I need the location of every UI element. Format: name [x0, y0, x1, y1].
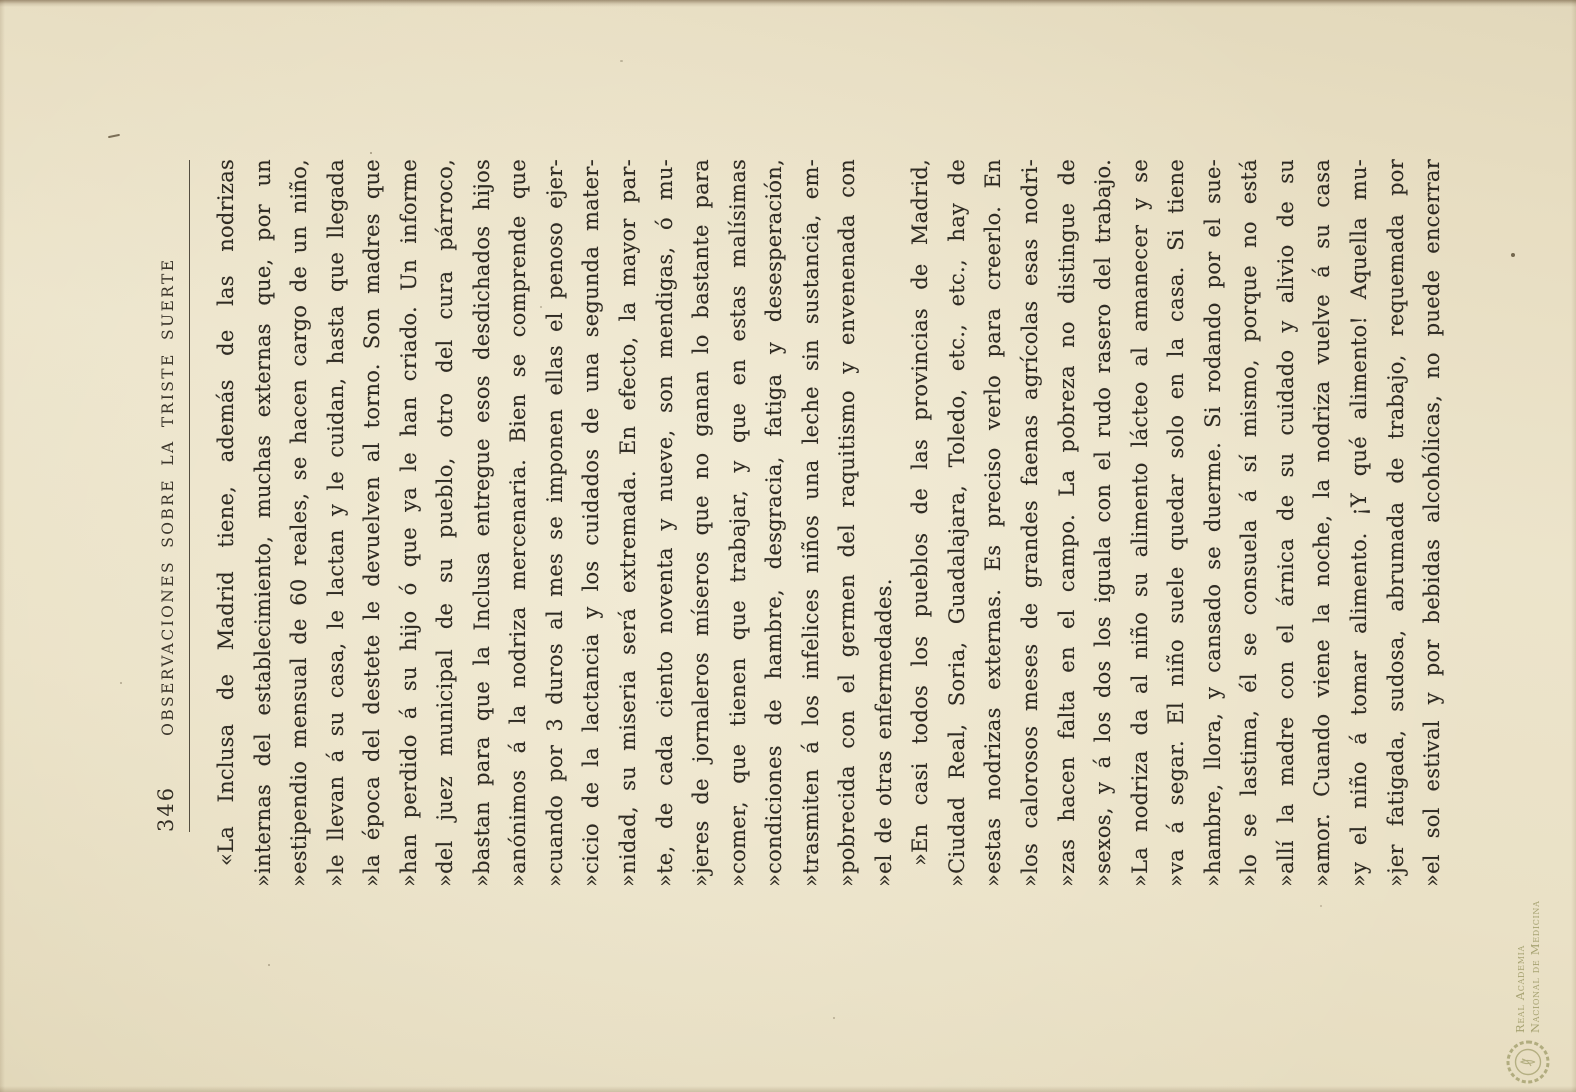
watermark-text: Real Academia Nacional de Medicina: [1513, 900, 1543, 1033]
watermark-line1: Real Academia: [1513, 945, 1527, 1033]
paper-speck: [370, 152, 372, 154]
text-line: »han perdido á su hijo ó que ya le han c…: [391, 159, 428, 887]
text-line: »nidad, su miseria será extremada. En ef…: [610, 159, 647, 887]
scanned-book-page: 346 OBSERVACIONES SOBRE LA TRISTE SUERTE…: [0, 0, 1576, 1092]
text-line: »sexos, y á los dos los iguala con el ru…: [1085, 159, 1122, 887]
text-line: »del juez municipal de su pueblo, otro d…: [427, 159, 464, 887]
body-text: «La Inclusa de Madrid tiene, además de l…: [208, 159, 1451, 887]
paper-speck: [1511, 253, 1515, 257]
paper-speck: [1140, 688, 1142, 690]
text-line: »amor. Cuando viene la noche, la nodriza…: [1304, 159, 1341, 887]
running-header: 346 OBSERVACIONES SOBRE LA TRISTE SUERTE: [154, 160, 190, 888]
library-watermark: Real Academia Nacional de Medicina: [1504, 900, 1552, 1086]
text-line: »estipendio mensual de 60 reales, se hac…: [281, 159, 318, 887]
text-line: »la época del destete le devuelven al to…: [354, 159, 391, 887]
paper-speck: [833, 1017, 835, 1019]
text-line: »bastan para que la Inclusa entregue eso…: [464, 159, 501, 887]
text-line: »le llevan á su casa, le lactan y le cui…: [318, 159, 355, 887]
text-line: »hambre, llora, y cansado se duerme. Si …: [1195, 159, 1232, 887]
text-line: »internas del establecimiento, muchas ex…: [245, 159, 282, 887]
paper-speck: [268, 964, 270, 966]
paper-speck: [620, 60, 623, 62]
running-title: OBSERVACIONES SOBRE LA TRISTE SUERTE: [159, 257, 177, 735]
academy-seal-icon: [1504, 1038, 1552, 1086]
scan-edge-right: [1571, 0, 1576, 1092]
text-line: »anónimos á la nodriza mercenaria. Bien …: [500, 159, 537, 887]
text-line: »cuando por 3 duros al mes se imponen el…: [537, 159, 574, 887]
text-line: »condiciones de hambre, desgracia, fatig…: [756, 159, 793, 887]
book-page: 346 OBSERVACIONES SOBRE LA TRISTE SUERTE…: [0, 0, 1576, 1092]
text-line: »el sol estival y por bebidas alcohólica…: [1414, 159, 1451, 887]
text-line: »y el niño á tomar alimento. ¡Y qué alim…: [1341, 159, 1378, 887]
text-line: »La nodriza da al niño su alimento lácte…: [1122, 159, 1159, 887]
scan-edge-left: [0, 0, 5, 1092]
paper-speck: [540, 306, 542, 308]
text-line: »zas hacen falta en el campo. La pobreza…: [1049, 159, 1086, 887]
text-line: »allí la madre con el árnica de su cuida…: [1268, 159, 1305, 887]
text-line: »los calorosos meses de grandes faenas a…: [1012, 159, 1049, 887]
header-rule: [189, 160, 190, 832]
text-line: »va á segar. El niño suele quedar solo e…: [1158, 159, 1195, 887]
text-line: »comer, que tienen que trabajar, y que e…: [720, 159, 757, 887]
page-number: 346: [154, 786, 178, 832]
text-line: »En casi todos los pueblos de las provin…: [902, 159, 939, 887]
text-line: »te, de cada ciento noventa y nueve, son…: [647, 159, 684, 887]
scan-edge-top: [0, 0, 1576, 7]
text-line: »trasmiten á los infelices niños una lec…: [793, 159, 830, 887]
text-line: »jer fatigada, sudosa, abrumada de traba…: [1378, 159, 1415, 887]
paper-speck: [120, 682, 122, 684]
text-line: »estas nodrizas externas. Es preciso ver…: [975, 159, 1012, 887]
text-line: »jeres de jornaleros míseros que no gana…: [683, 159, 720, 887]
watermark-line2: Nacional de Medicina: [1528, 900, 1542, 1033]
text-line: »pobrecida con el germen del raquitismo …: [829, 159, 866, 887]
text-line: »lo se lastima, él se consuela á sí mism…: [1231, 159, 1268, 887]
paper-speck: [1320, 905, 1322, 907]
scan-edge-bottom: [0, 1086, 1576, 1092]
text-line: »cicio de la lactancia y los cuidados de…: [573, 159, 610, 887]
text-line: «La Inclusa de Madrid tiene, además de l…: [208, 159, 245, 887]
text-line: »Ciudad Real, Soria, Guadalajara, Toledo…: [939, 159, 976, 887]
text-line: »el de otras enfermedades.: [866, 159, 903, 887]
